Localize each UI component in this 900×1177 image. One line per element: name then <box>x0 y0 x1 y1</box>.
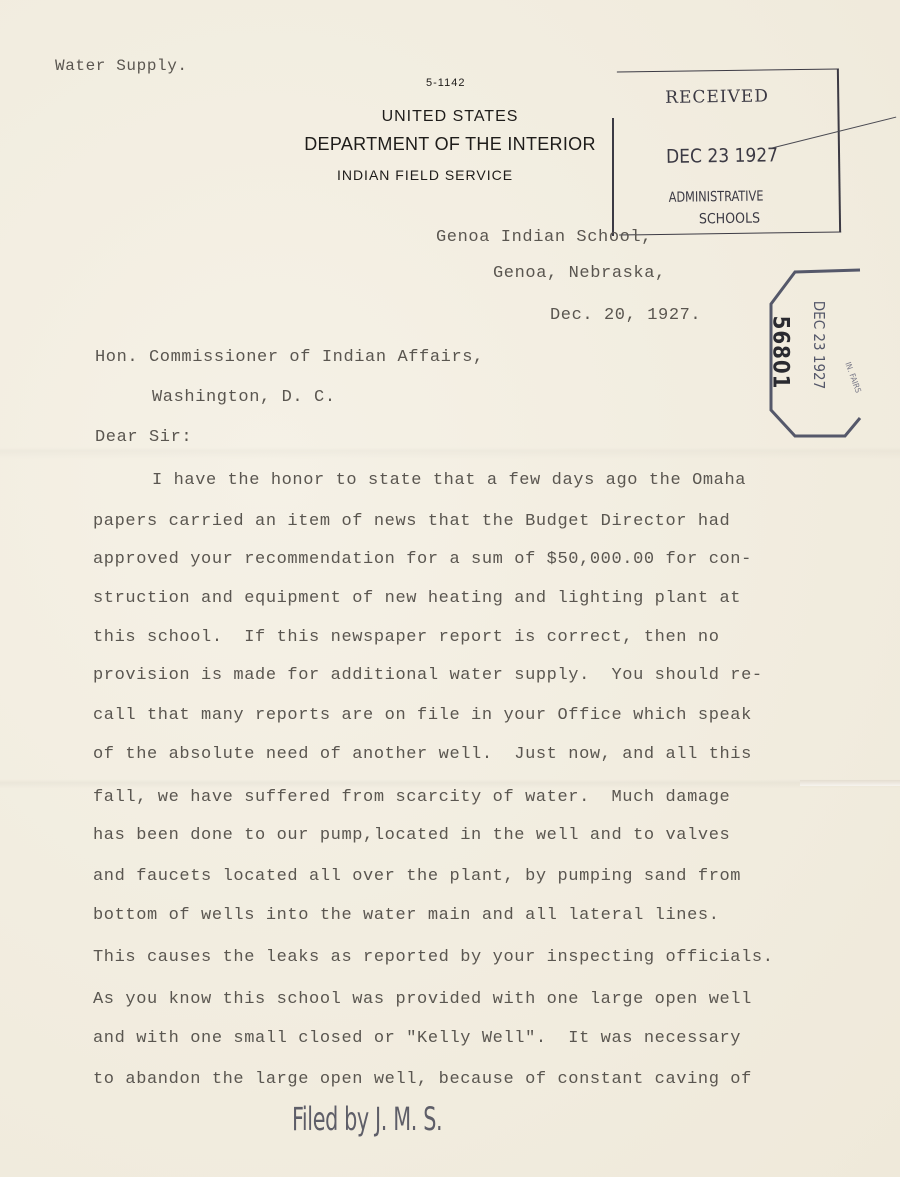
sender-line-1: Genoa Indian School, <box>436 228 652 247</box>
letterhead-line-2: DEPARTMENT OF THE INTERIOR <box>270 134 630 155</box>
received-line-1: ADMINISTRATIVE <box>669 189 764 206</box>
letterhead: UNITED STATES DEPARTMENT OF THE INTERIOR… <box>270 108 630 183</box>
body-line: call that many reports are on file in yo… <box>93 706 752 725</box>
body-line: has been done to our pump,located in the… <box>93 826 730 845</box>
body-line: provision is made for additional water s… <box>93 666 763 685</box>
received-date: DEC 23 1927 <box>666 144 778 168</box>
body-line: struction and equipment of new heating a… <box>93 589 741 608</box>
body-line: bottom of wells into the water main and … <box>93 906 720 925</box>
filed-by-stamp: Filed by J. M. S. <box>292 1100 442 1138</box>
body-line: this school. If this newspaper report is… <box>93 628 720 647</box>
registry-stamp: 56801 DEC 23 1927 IN. FAIRS <box>765 268 865 438</box>
body-line: to abandon the large open well, because … <box>93 1070 752 1089</box>
received-stamp: RECEIVED DEC 23 1927 ADMINISTRATIVE SCHO… <box>617 68 841 235</box>
letter-date: Dec. 20, 1927. <box>550 306 701 325</box>
registry-date: DEC 23 1927 <box>810 301 828 389</box>
form-number: 5-1142 <box>426 77 465 89</box>
stamp-left-rule <box>612 118 614 236</box>
file-label: Water Supply. <box>55 57 188 75</box>
body-line: fall, we have suffered from scarcity of … <box>93 788 730 807</box>
body-line: of the absolute need of another well. Ju… <box>93 745 752 764</box>
registry-number: 56801 <box>767 316 792 390</box>
paper-tear <box>800 780 900 786</box>
recipient-line-1: Hon. Commissioner of Indian Affairs, <box>95 348 484 367</box>
body-line: approved your recommendation for a sum o… <box>93 550 752 569</box>
body-line: This causes the leaks as reported by you… <box>93 948 774 967</box>
body-line: I have the honor to state that a few day… <box>152 471 746 490</box>
recipient-line-2: Washington, D. C. <box>152 388 336 407</box>
letterhead-line-1: UNITED STATES <box>270 108 630 126</box>
received-line-2: SCHOOLS <box>699 211 760 228</box>
salutation: Dear Sir: <box>95 428 192 447</box>
body-line: and with one small closed or "Kelly Well… <box>93 1029 741 1048</box>
body-line: As you know this school was provided wit… <box>93 990 752 1009</box>
body-line: papers carried an item of news that the … <box>93 512 730 531</box>
letterhead-line-3: INDIAN FIELD SERVICE <box>270 167 580 183</box>
sender-line-2: Genoa, Nebraska, <box>493 264 666 283</box>
body-line: and faucets located all over the plant, … <box>93 867 741 886</box>
received-title: RECEIVED <box>665 86 769 107</box>
